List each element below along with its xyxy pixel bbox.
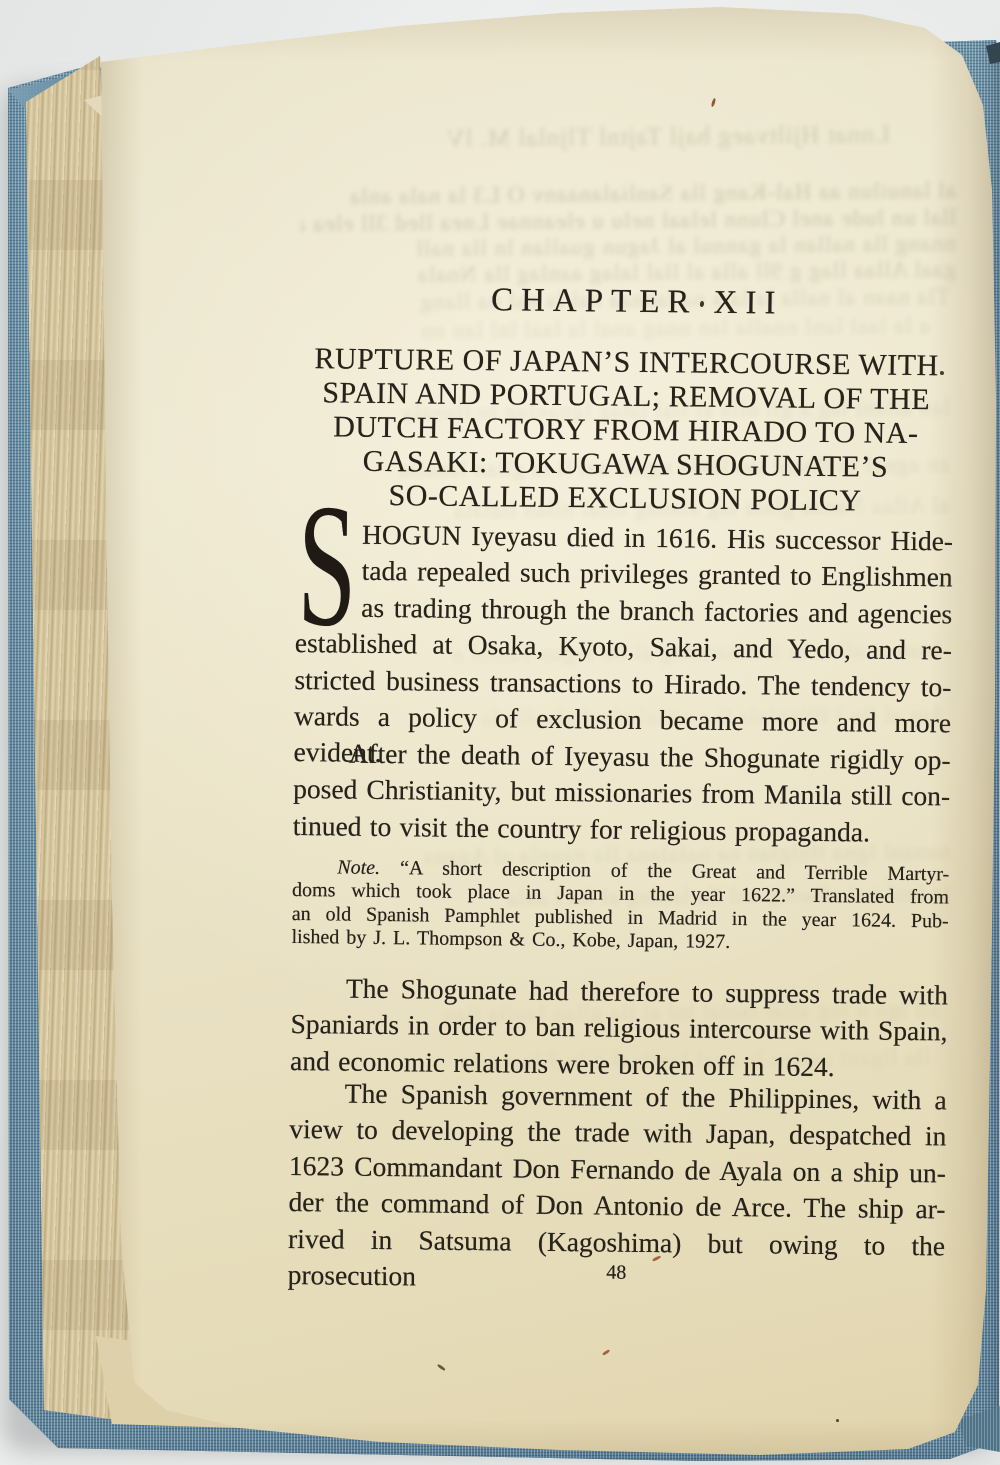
text-line: tinued to visit the country for religiou… xyxy=(293,808,950,852)
book-photo: Lnnat Hjiltvaeg hajl Tajtnl Tljnlal M. l… xyxy=(0,0,1000,1465)
show-through-line: Lnnat Hjiltvaeg hajl Tajtnl Tljnlal M. l… xyxy=(345,121,890,155)
book-page: Lnnat Hjiltvaeg hajl Tajtnl Tljnlal M. l… xyxy=(0,0,1000,1465)
body-text: SHOGUN Iyeyasu died in 1616. His success… xyxy=(288,280,956,1297)
ink-dot-bottom-right xyxy=(836,1419,839,1422)
page-text-block: CHAPTER XII RUPTURE OF JAPAN’S INTERCOUR… xyxy=(288,280,956,1297)
ink-fleck-title xyxy=(940,371,944,375)
paragraph-p2: After the death of Iyeyasu the Shogunate… xyxy=(293,735,951,852)
paragraph-pnote: Note. “A short description of the Great … xyxy=(291,856,949,957)
paragraph-p3: The Shogunate had therefore to suppress … xyxy=(290,970,948,1087)
note-lead-italic: Note. xyxy=(337,856,380,878)
drop-cap: S xyxy=(297,506,357,627)
